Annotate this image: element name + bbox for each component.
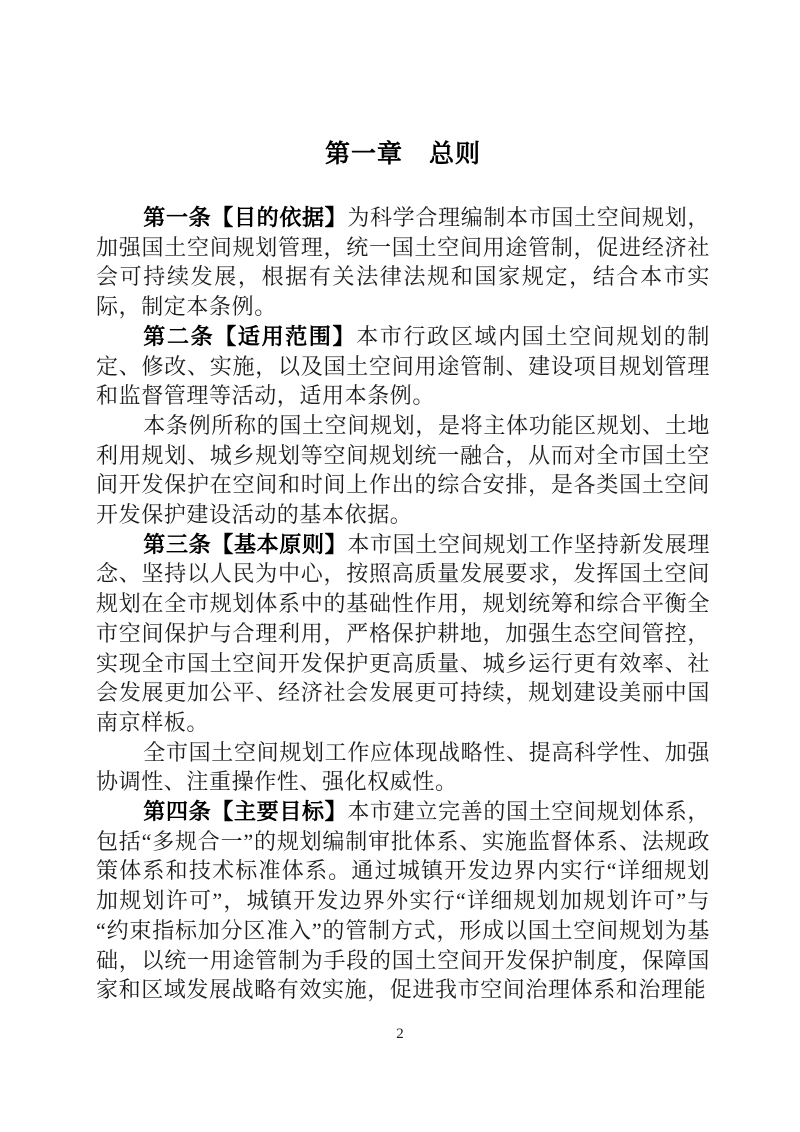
document-body: 第一章 总则 第一条【目的依据】为科学合理编制本市国土空间规划，加强国土空间规划… bbox=[96, 139, 710, 1005]
article-paragraph: 全市国土空间规划工作应体现战略性、提高科学性、加强协调性、注重操作性、强化权威性… bbox=[96, 738, 710, 797]
article-text: 本条例所称的国土空间规划，是将主体功能区规划、土地利用规划、城乡规划等空间规划统… bbox=[96, 413, 710, 527]
article-paragraph: 第四条【主要目标】本市建立完善的国土空间规划体系，包括“多规合一”的规划编制审批… bbox=[96, 797, 710, 1005]
article-lead: 第二条【适用范围】 bbox=[143, 324, 356, 349]
chapter-title: 第一章 总则 bbox=[96, 139, 710, 171]
article-lead: 第三条【基本原则】 bbox=[143, 532, 347, 557]
article-text: 本市国土空间规划工作坚持新发展理念、坚持以人民为中心，按照高质量发展要求，发挥国… bbox=[96, 532, 710, 735]
article-lead: 第四条【主要目标】 bbox=[143, 799, 347, 824]
article-paragraph: 第一条【目的依据】为科学合理编制本市国土空间规划，加强国土空间规划管理，统一国土… bbox=[96, 203, 710, 322]
article-paragraph: 本条例所称的国土空间规划，是将主体功能区规划、土地利用规划、城乡规划等空间规划统… bbox=[96, 411, 710, 530]
article-text: 本市建立完善的国土空间规划体系，包括“多规合一”的规划编制审批体系、实施监督体系… bbox=[96, 799, 710, 1002]
article-paragraph: 第二条【适用范围】本市行政区域内国土空间规划的制定、修改、实施，以及国土空间用途… bbox=[96, 322, 710, 411]
article-text: 全市国土空间规划工作应体现战略性、提高科学性、加强协调性、注重操作性、强化权威性… bbox=[96, 740, 710, 795]
page-number: 2 bbox=[0, 1024, 800, 1044]
document-page: 第一章 总则 第一条【目的依据】为科学合理编制本市国土空间规划，加强国土空间规划… bbox=[0, 0, 800, 1132]
article-paragraph: 第三条【基本原则】本市国土空间规划工作坚持新发展理念、坚持以人民为中心，按照高质… bbox=[96, 530, 710, 738]
article-lead: 第一条【目的依据】 bbox=[143, 205, 347, 230]
